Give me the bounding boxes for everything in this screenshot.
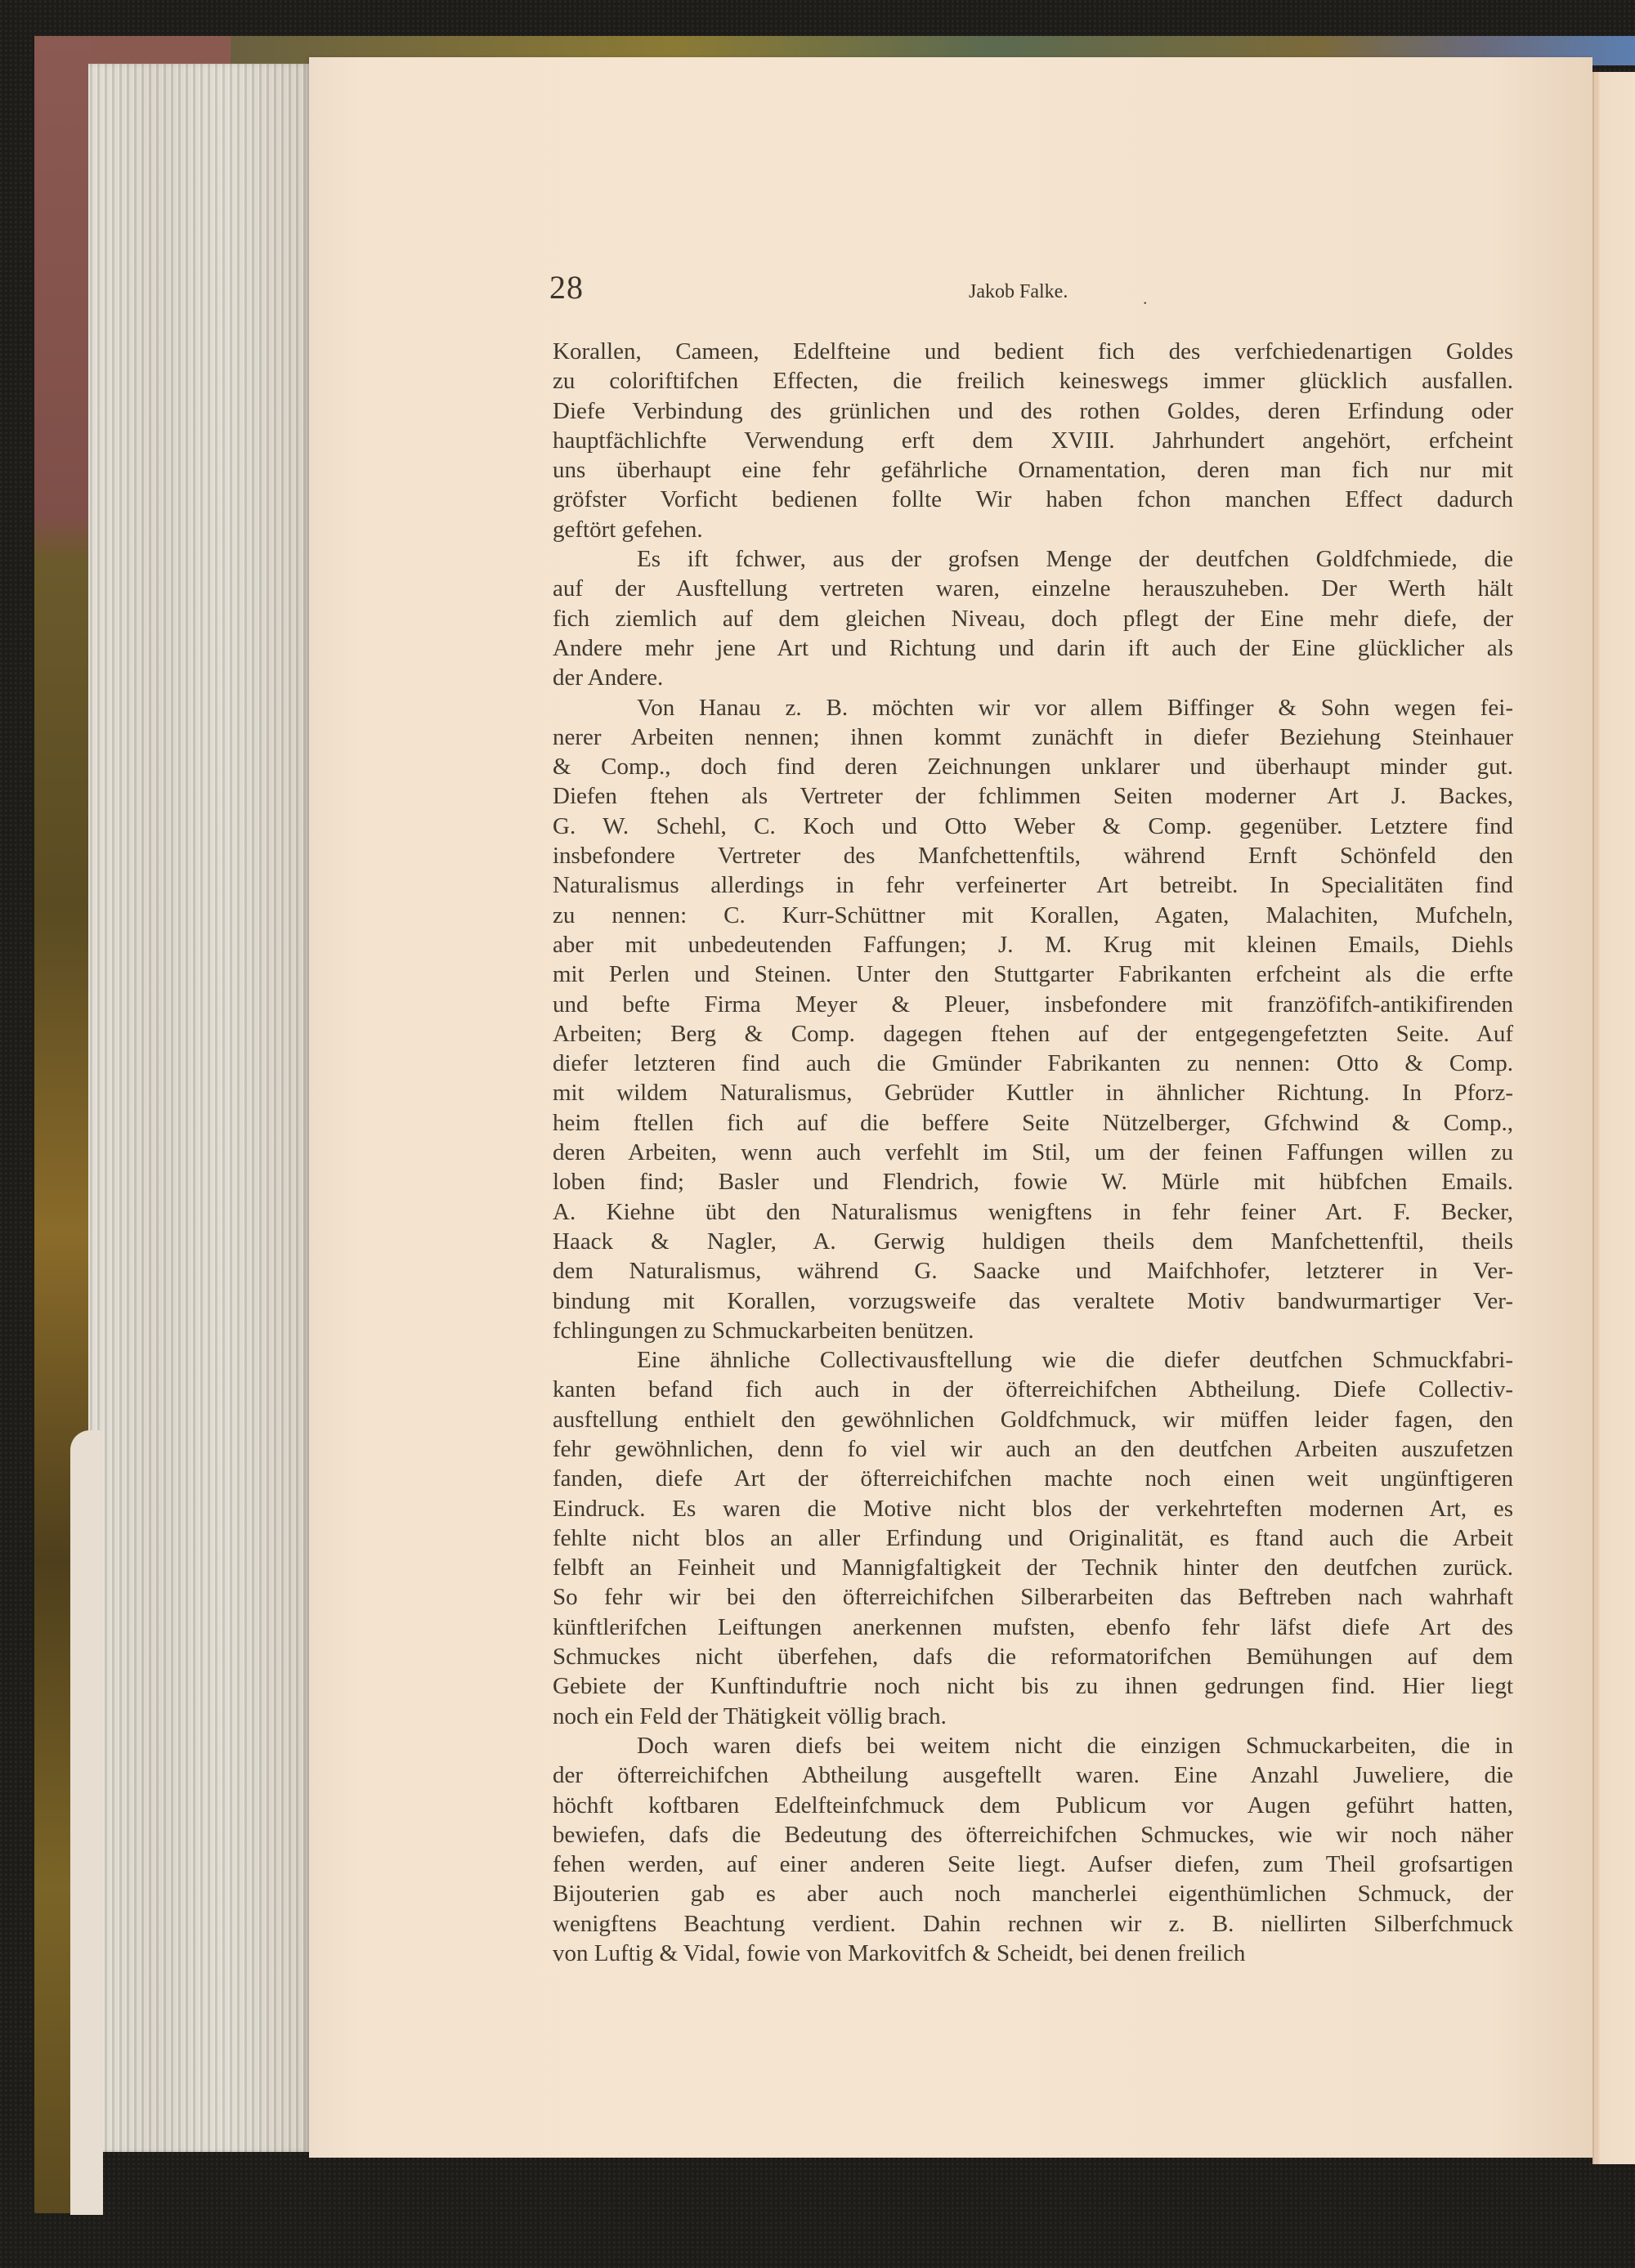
text-line: auf der Ausftellung vertreten waren, ein… (553, 574, 1513, 603)
text-line: fehlte nicht blos an aller Erfindung und… (553, 1523, 1513, 1553)
text-line: fchlingungen zu Schmuckarbeiten benützen… (553, 1316, 1513, 1345)
text-line: Schmuckes nicht überfehen, dafs die refo… (553, 1642, 1513, 1671)
text-line: Diefen ftehen als Vertreter der fchlimme… (553, 781, 1513, 811)
text-line: Arbeiten; Berg & Comp. dagegen ftehen au… (553, 1019, 1513, 1049)
text-line: fehr gewöhnlichen, denn fo viel wir auch… (553, 1434, 1513, 1464)
paragraph: Eine ähnliche Collectivausftellung wie d… (553, 1345, 1513, 1731)
text-line: Es ift fchwer, aus der grofsen Menge der… (553, 544, 1513, 574)
text-line: Eindruck. Es waren die Motive nicht blos… (553, 1494, 1513, 1523)
text-line: Gebiete der Kunftinduftrie noch nicht bi… (553, 1671, 1513, 1701)
text-line: & Comp., doch find deren Zeichnungen unk… (553, 752, 1513, 781)
text-line: heim ftellen fich auf die beffere Seite … (553, 1108, 1513, 1138)
text-line: insbefondere Vertreter des Manfchettenft… (553, 841, 1513, 870)
folded-page-lip (70, 1430, 103, 2215)
text-line: kanten befand fich auch in der öfterreic… (553, 1375, 1513, 1404)
page-number: 28 (549, 268, 584, 306)
text-line: fich ziemlich auf dem gleichen Niveau, d… (553, 604, 1513, 633)
text-line: Naturalismus allerdings in fehr verfeine… (553, 870, 1513, 900)
running-head: Jakob Falke. (969, 281, 1068, 303)
text-line: und befte Firma Meyer & Pleuer, insbefon… (553, 990, 1513, 1019)
text-line: bindung mit Korallen, vorzugsweife das v… (553, 1286, 1513, 1316)
running-head-mark: . (1143, 288, 1148, 309)
text-line: Bijouterien gab es aber auch noch manche… (553, 1879, 1513, 1908)
text-line: gröfster Vorficht bedienen follte Wir ha… (553, 485, 1513, 514)
text-line: Haack & Nagler, A. Gerwig huldigen theil… (553, 1227, 1513, 1256)
text-line: diefer letzteren find auch die Gmünder F… (553, 1049, 1513, 1078)
text-line: Von Hanau z. B. möchten wir vor allem Bi… (553, 693, 1513, 722)
text-line: Andere mehr jene Art und Richtung und da… (553, 633, 1513, 663)
text-line: der Andere. (553, 663, 1513, 692)
text-line: So fehr wir bei den öfterreichifchen Sil… (553, 1582, 1513, 1612)
text-line: aber mit unbedeutenden Faffungen; J. M. … (553, 930, 1513, 960)
text-line: noch ein Feld der Thätigkeit völlig brac… (553, 1702, 1513, 1731)
text-line: höchft koftbaren Edelfteinfchmuck dem Pu… (553, 1791, 1513, 1820)
body-text: Korallen, Cameen, Edelfteine und bedient… (553, 337, 1513, 1968)
text-line: loben find; Basler und Flendrich, fowie … (553, 1167, 1513, 1197)
text-line: künftlerifchen Leiftungen anerkennen muf… (553, 1613, 1513, 1642)
text-line: A. Kiehne übt den Naturalismus wenigften… (553, 1197, 1513, 1227)
paragraph: Korallen, Cameen, Edelfteine und bedient… (553, 337, 1513, 544)
text-line: zu nennen: C. Kurr-Schüttner mit Koralle… (553, 901, 1513, 930)
text-line: G. W. Schehl, C. Koch und Otto Weber & C… (553, 812, 1513, 841)
text-line: nerer Arbeiten nennen; ihnen kommt zunäc… (553, 722, 1513, 752)
paragraph: Doch waren diefs bei weitem nicht die ei… (553, 1731, 1513, 1968)
text-line: ausftellung enthielt den gewöhnlichen Go… (553, 1405, 1513, 1434)
text-line: Korallen, Cameen, Edelfteine und bedient… (553, 337, 1513, 366)
text-line: bewiefen, dafs die Bedeutung des öfterre… (553, 1820, 1513, 1850)
text-line: mit Perlen und Steinen. Unter den Stuttg… (553, 960, 1513, 989)
text-line: wenigftens Beachtung verdient. Dahin rec… (553, 1909, 1513, 1939)
text-line: felbft an Feinheit und Mannigfaltigkeit … (553, 1553, 1513, 1582)
text-line: von Luftig & Vidal, fowie von Markovitfc… (553, 1939, 1513, 1968)
text-line: zu coloriftifchen Effecten, die freilich… (553, 366, 1513, 396)
text-line: geftört gefehen. (553, 515, 1513, 544)
text-line: Doch waren diefs bei weitem nicht die ei… (553, 1731, 1513, 1760)
text-line: fehen werden, auf einer anderen Seite li… (553, 1850, 1513, 1879)
text-line: deren Arbeiten, wenn auch verfehlt im St… (553, 1138, 1513, 1167)
facing-page-edge (1592, 72, 1635, 2164)
text-line: der öfterreichifchen Abtheilung ausgefte… (553, 1760, 1513, 1790)
text-line: fanden, diefe Art der öfterreichifchen m… (553, 1464, 1513, 1493)
paragraph: Von Hanau z. B. möchten wir vor allem Bi… (553, 693, 1513, 1346)
paragraph: Es ift fchwer, aus der grofsen Menge der… (553, 544, 1513, 692)
text-line: mit wildem Naturalismus, Gebrüder Kuttle… (553, 1078, 1513, 1107)
page-fore-edges (88, 64, 311, 2152)
text-line: Eine ähnliche Collectivausftellung wie d… (553, 1345, 1513, 1375)
text-line: uns überhaupt eine fehr gefährliche Orna… (553, 455, 1513, 485)
text-line: dem Naturalismus, während G. Saacke und … (553, 1256, 1513, 1286)
text-line: Diefe Verbindung des grünlichen und des … (553, 396, 1513, 426)
text-line: hauptfächlichfte Verwendung erft dem XVI… (553, 426, 1513, 455)
